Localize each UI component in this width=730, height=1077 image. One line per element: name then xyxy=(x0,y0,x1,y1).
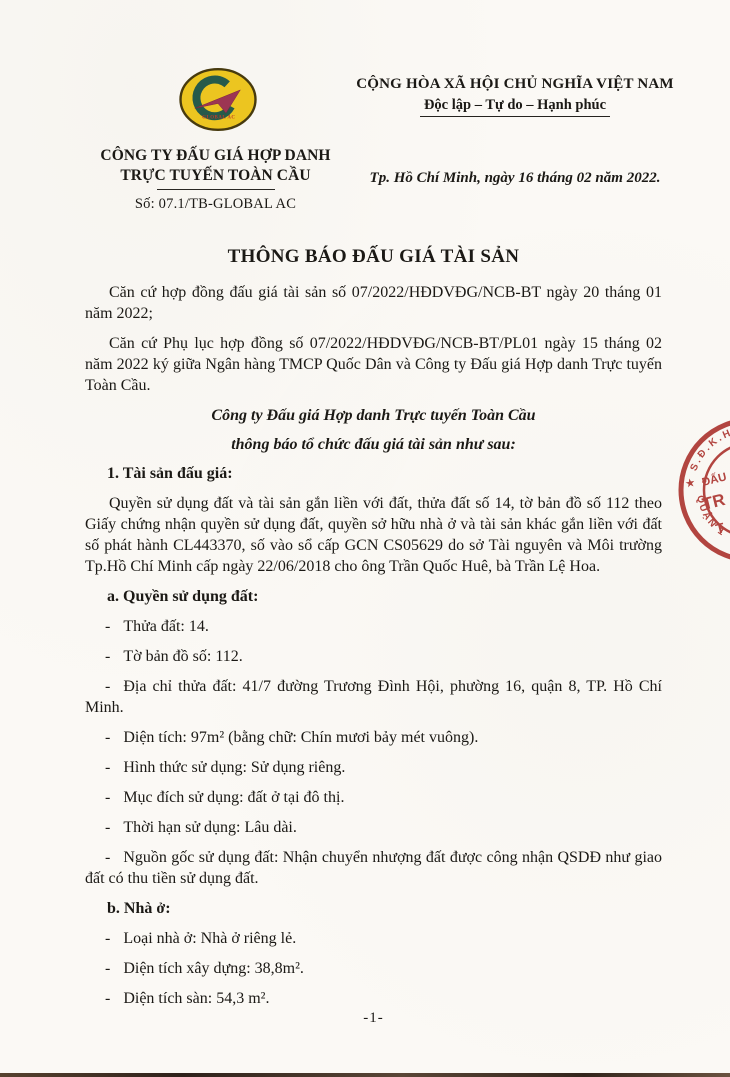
list-item-text: Hình thức sử dụng: Sử dụng riêng. xyxy=(123,759,345,776)
section-1-heading: 1. Tài sản đấu giá: xyxy=(85,463,662,484)
subsection-b-heading: b. Nhà ở: xyxy=(85,898,662,919)
bullet-dash: - xyxy=(105,648,110,665)
company-name-line2: TRỰC TUYẾN TOÀN CẦU xyxy=(78,166,353,186)
subsection-a-heading: a. Quyền sử dụng đất: xyxy=(85,586,662,607)
list-item-text: Diện tích sàn: 54,3 m². xyxy=(123,990,269,1007)
preamble-paragraph: Căn cứ hợp đồng đấu giá tài sản số 07/20… xyxy=(85,282,662,324)
list-item: -Nguồn gốc sử dụng đất: Nhận chuyển nhượ… xyxy=(85,847,662,889)
company-logo-icon: GLOBAL AC xyxy=(178,66,258,133)
list-item-text: Diện tích xây dựng: 38,8m². xyxy=(123,960,304,977)
place-dateline: Tp. Hồ Chí Minh, ngày 16 tháng 02 năm 20… xyxy=(350,170,680,187)
bullet-dash: - xyxy=(105,759,110,776)
list-item: -Loại nhà ở: Nhà ở riêng lẻ. xyxy=(85,928,662,949)
announcement-line: thông báo tổ chức đấu giá tài sản như sa… xyxy=(85,434,662,455)
bullet-dash: - xyxy=(105,678,110,695)
scanned-document-page: GLOBAL AC CỘNG HÒA XÃ HỘI CHỦ NGHĨA VIỆT… xyxy=(0,0,730,1077)
list-item-text: Địa chỉ thửa đất: 41/7 đường Trương Đình… xyxy=(85,678,662,716)
list-item: -Tờ bản đồ số: 112. xyxy=(85,646,662,667)
document-number: Số: 07.1/TB-GLOBAL AC xyxy=(78,196,353,213)
preamble-paragraph: Căn cứ Phụ lục hợp đồng số 07/2022/HĐDVĐ… xyxy=(85,333,662,396)
bullet-dash: - xyxy=(105,618,110,635)
list-item-text: Thời hạn sử dụng: Lâu dài. xyxy=(123,819,297,836)
page-number: -1- xyxy=(85,1010,662,1027)
list-item-text: Mục đích sử dụng: đất ở tại đô thị. xyxy=(123,789,344,806)
company-underline xyxy=(157,189,275,190)
list-item-text: Loại nhà ở: Nhà ở riêng lẻ. xyxy=(123,930,296,947)
bullet-dash: - xyxy=(105,789,110,806)
national-header-block: CỘNG HÒA XÃ HỘI CHỦ NGHĨA VIỆT NAM Độc l… xyxy=(345,76,685,117)
list-item: -Thời hạn sử dụng: Lâu dài. xyxy=(85,817,662,838)
bullet-dash: - xyxy=(105,849,110,866)
list-item: -Hình thức sử dụng: Sử dụng riêng. xyxy=(85,757,662,778)
list-item: -Địa chỉ thửa đất: 41/7 đường Trương Đìn… xyxy=(85,676,662,718)
national-motto: Độc lập – Tự do – Hạnh phúc xyxy=(420,97,610,117)
document-header: GLOBAL AC CỘNG HÒA XÃ HỘI CHỦ NGHĨA VIỆT… xyxy=(0,0,730,232)
list-item-text: Thửa đất: 14. xyxy=(123,618,209,635)
section-1-body: Quyền sử dụng đất và tài sản gắn liền vớ… xyxy=(85,493,662,577)
announcement-line: Công ty Đấu giá Hợp danh Trực tuyến Toàn… xyxy=(85,405,662,426)
company-header-block: CÔNG TY ĐẤU GIÁ HỢP DANH TRỰC TUYẾN TOÀN… xyxy=(78,146,353,213)
national-title: CỘNG HÒA XÃ HỘI CHỦ NGHĨA VIỆT NAM xyxy=(345,76,685,93)
stamp-inner-text: ĐẤU xyxy=(701,470,728,489)
bullet-dash: - xyxy=(105,819,110,836)
bullet-dash: - xyxy=(105,960,110,977)
list-item: -Thửa đất: 14. xyxy=(85,616,662,637)
list-item-text: Nguồn gốc sử dụng đất: Nhận chuyển nhượn… xyxy=(85,849,662,887)
company-name-line1: CÔNG TY ĐẤU GIÁ HỢP DANH xyxy=(78,146,353,166)
document-title: THÔNG BÁO ĐẤU GIÁ TÀI SẢN xyxy=(85,246,662,268)
document-body: THÔNG BÁO ĐẤU GIÁ TÀI SẢN Căn cứ hợp đồn… xyxy=(85,246,662,1009)
bullet-dash: - xyxy=(105,930,110,947)
logo-text: GLOBAL AC xyxy=(202,116,235,121)
bullet-dash: - xyxy=(105,729,110,746)
list-item: -Diện tích xây dựng: 38,8m². xyxy=(85,958,662,979)
list-item-text: Tờ bản đồ số: 112. xyxy=(123,648,242,665)
scan-bottom-edge xyxy=(0,1073,730,1077)
red-seal-stamp-icon: ★ S.Đ.K.H.Đ: QUẬN 1 ĐẤU TR T xyxy=(678,408,730,572)
list-item-text: Diện tích: 97m² (bằng chữ: Chín mươi bảy… xyxy=(123,729,478,746)
bullet-dash: - xyxy=(105,990,110,1007)
stamp-inner-text: TR xyxy=(700,490,727,514)
list-item: -Mục đích sử dụng: đất ở tại đô thị. xyxy=(85,787,662,808)
list-item: -Diện tích: 97m² (bằng chữ: Chín mươi bả… xyxy=(85,727,662,748)
list-item: -Diện tích sàn: 54,3 m². xyxy=(85,988,662,1009)
